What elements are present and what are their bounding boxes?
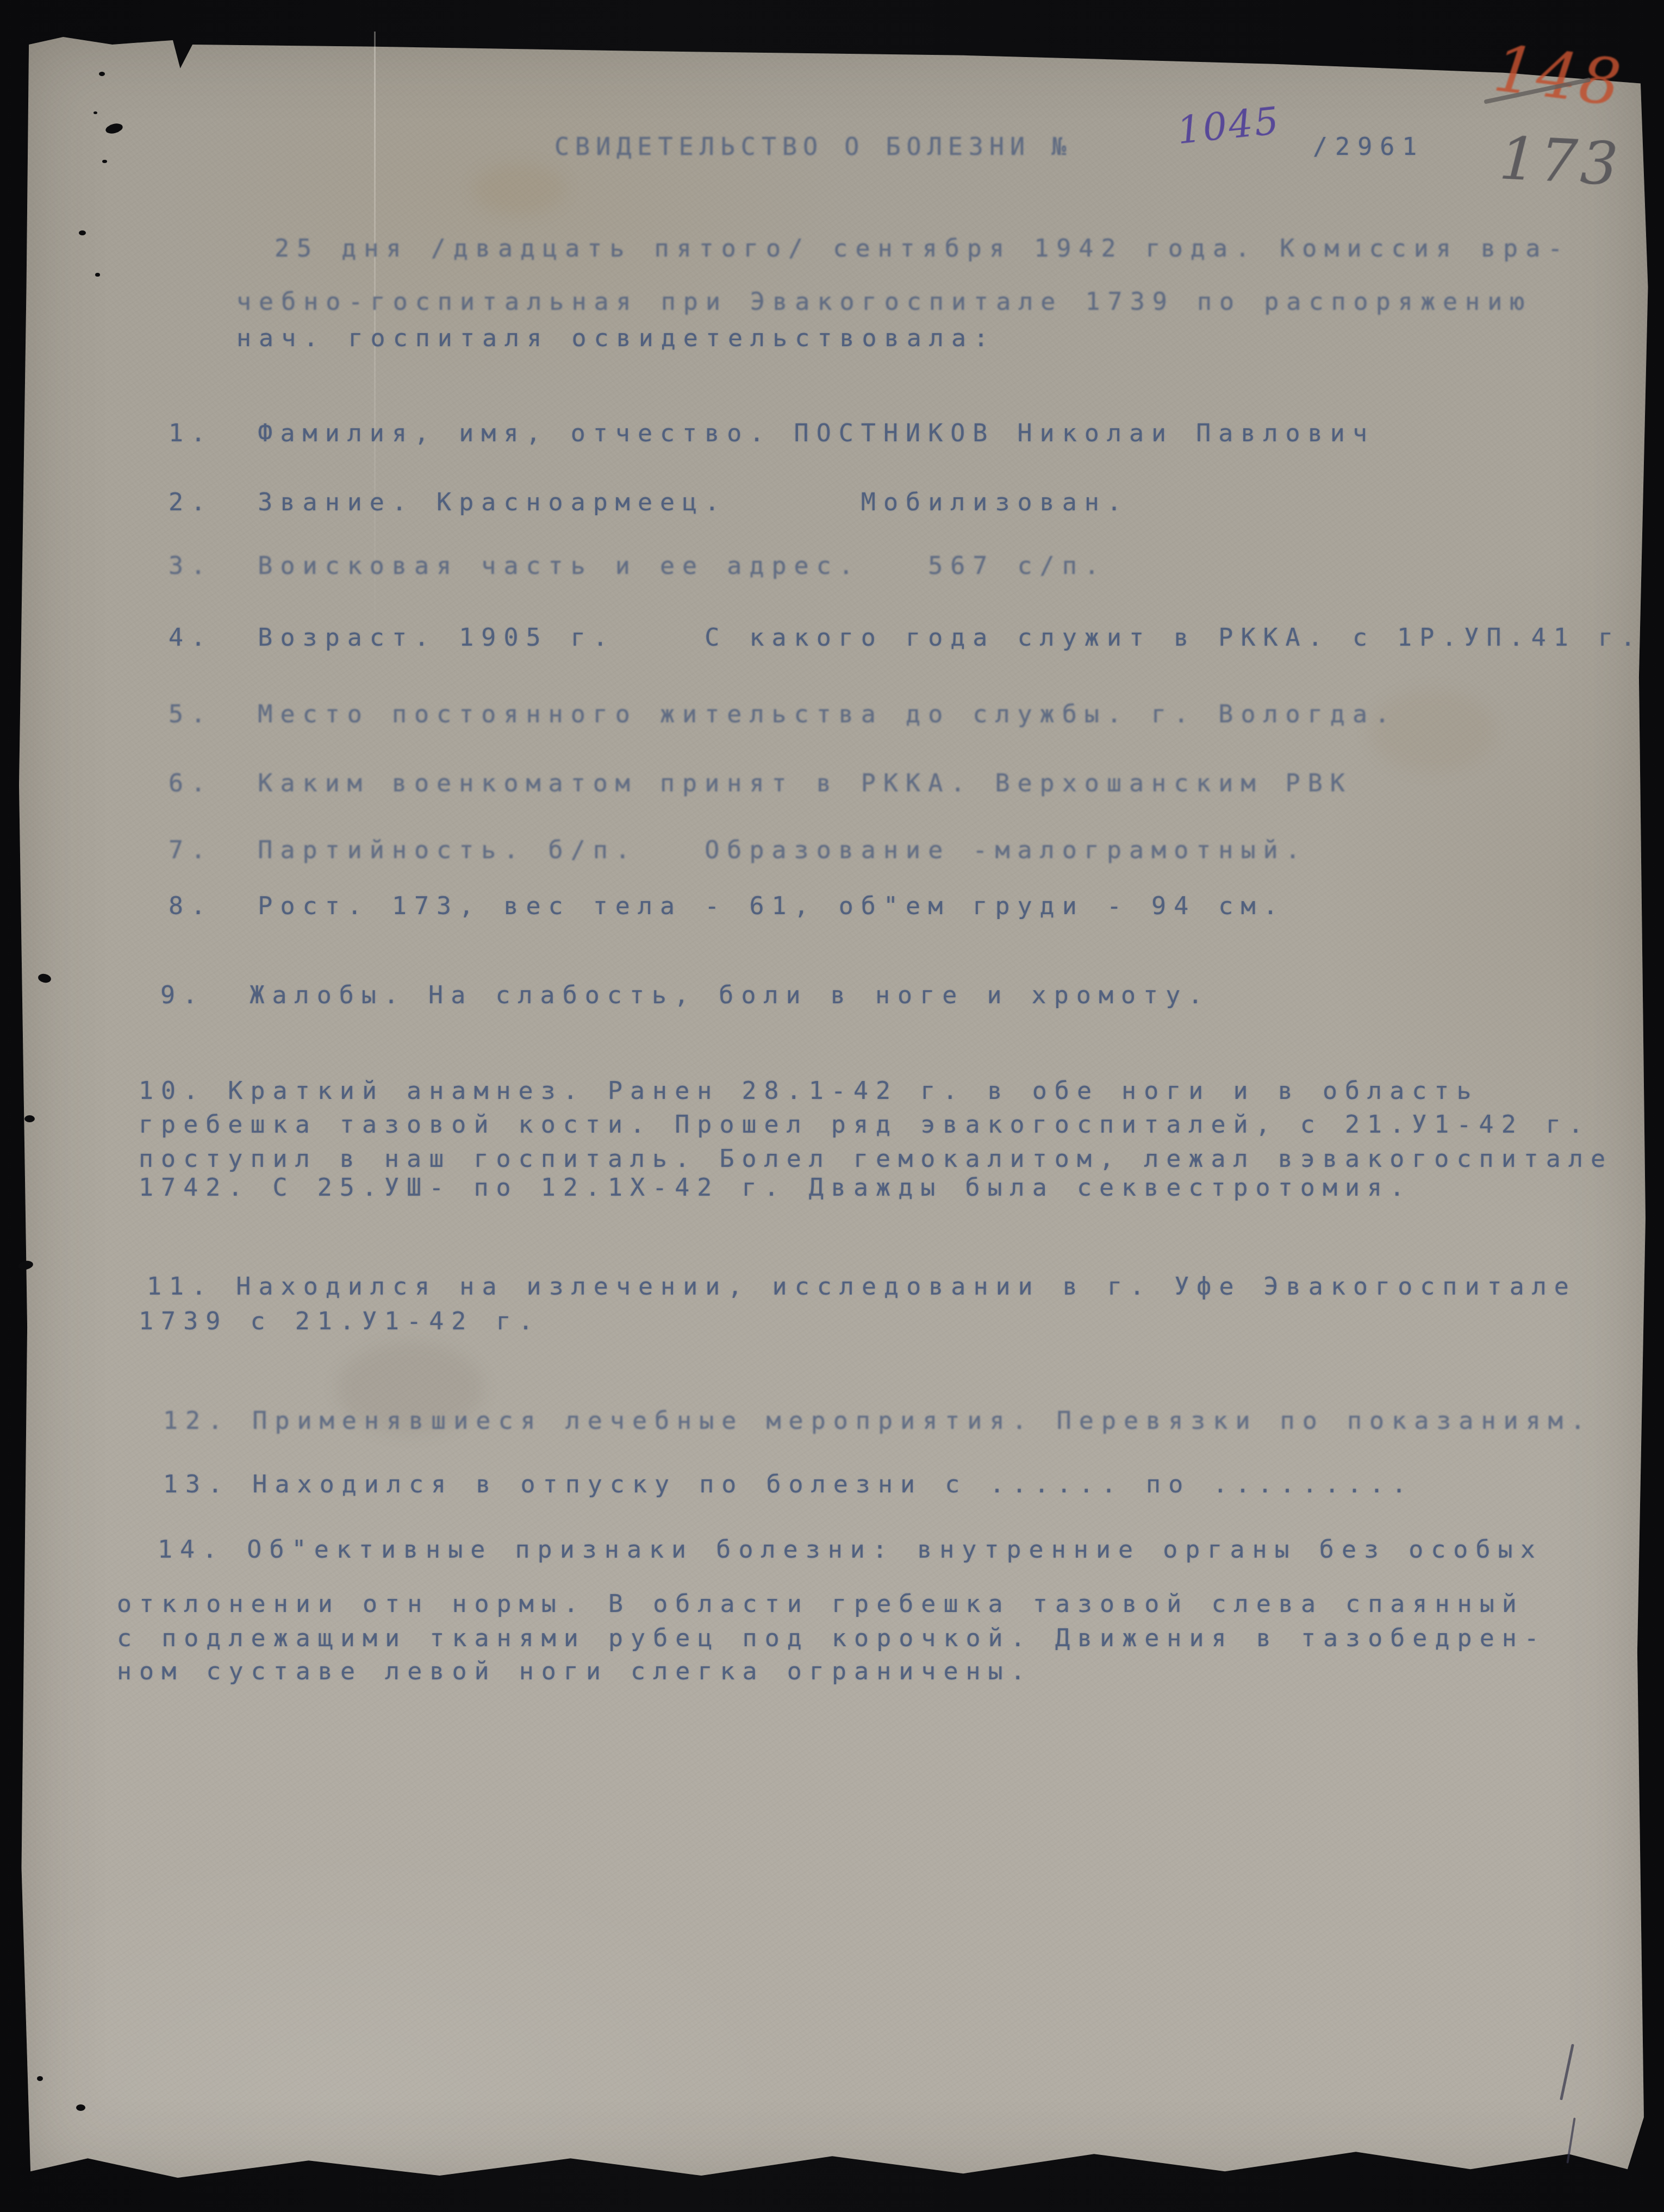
item-10-line-1: 10. Краткий анамнез. Ранен 28.1-42 г. в …: [139, 1076, 1479, 1105]
corner-number-red: 148: [1490, 30, 1626, 121]
intro-line-3: нач. госпиталя освидетельствовала:: [236, 323, 996, 352]
item-13: 13. Находился в отпуску по болезни с ...…: [163, 1470, 1414, 1498]
ink-blot: [76, 2104, 85, 2111]
item-2: 2. Звание. Красноармеец. Мобилизован.: [169, 488, 1129, 516]
item-5: 5. Место постоянного жительства до служб…: [169, 699, 1397, 728]
item-7: 7. Партийность. б/п. Образование -малогр…: [169, 835, 1308, 864]
scanned-page: СВИДЕТЕЛЬСТВО О БОЛЕЗНИ № 1045 /2961 148…: [0, 0, 1664, 2212]
punch-hole: [79, 230, 86, 235]
item-3: 3. Воисковая часть и ее адрес. 567 с/п.: [169, 551, 1107, 580]
item-10-line-2: гребешка тазовой кости. Прошел ряд эвако…: [139, 1110, 1591, 1139]
item-10-line-4: 1742. С 25.УШ- по 12.1Х-42 г. Дважды был…: [139, 1173, 1412, 1202]
item-6: 6. Каким военкоматом принят в РККА. Верх…: [169, 768, 1353, 797]
item-4: 4. Возраст. 1905 г. С какого года служит…: [169, 623, 1643, 652]
item-14-line-1: 14. Об"ективные признаки болезни: внутре…: [158, 1535, 1543, 1564]
item-8: 8. Рост. 173, вес тела - 61, об"ем груди…: [169, 891, 1286, 920]
item-14-line-2: отклонении отн нормы. В области гребешка…: [117, 1589, 1524, 1618]
ink-blot: [24, 1115, 35, 1122]
certificate-number-suffix: /2961: [1313, 132, 1424, 161]
item-12: 12. Применявшиеся лечебные мероприятия. …: [163, 1406, 1593, 1435]
punch-hole: [99, 72, 105, 76]
item-10-line-3: поступил в наш госпиталь. Болел гемокали…: [139, 1144, 1613, 1173]
ink-blot: [37, 2076, 43, 2081]
item-11-line-2: 1739 с 21.У1-42 г.: [139, 1307, 541, 1335]
item-11-line-1: 11. Находился на излечении, исследовании…: [147, 1272, 1576, 1301]
item-14-line-4: ном суставе левой ноги слегка ограничены…: [117, 1657, 1033, 1685]
paper-stain: [473, 163, 565, 215]
punch-hole: [95, 273, 100, 277]
intro-line-2: чебно-госпитальная при Эвакогоспитале 17…: [236, 287, 1532, 316]
certificate-title: СВИДЕТЕЛЬСТВО О БОЛЕЗНИ №: [554, 132, 1072, 161]
item-1: 1. Фамилия, имя, отчество. ПОСТНИКОВ Ник…: [169, 418, 1375, 447]
item-9: 9. Жалобы. На слабость, боли в ноге и хр…: [160, 980, 1210, 1009]
punch-hole: [102, 160, 107, 163]
intro-line-1: 25 дня /двадцать пятого/ сентября 1942 г…: [275, 234, 1570, 263]
corner-number-pencil: 173: [1498, 124, 1623, 199]
item-14-line-3: с подлежащими тканями рубец под корочкой…: [117, 1623, 1547, 1652]
punch-hole: [94, 111, 97, 114]
